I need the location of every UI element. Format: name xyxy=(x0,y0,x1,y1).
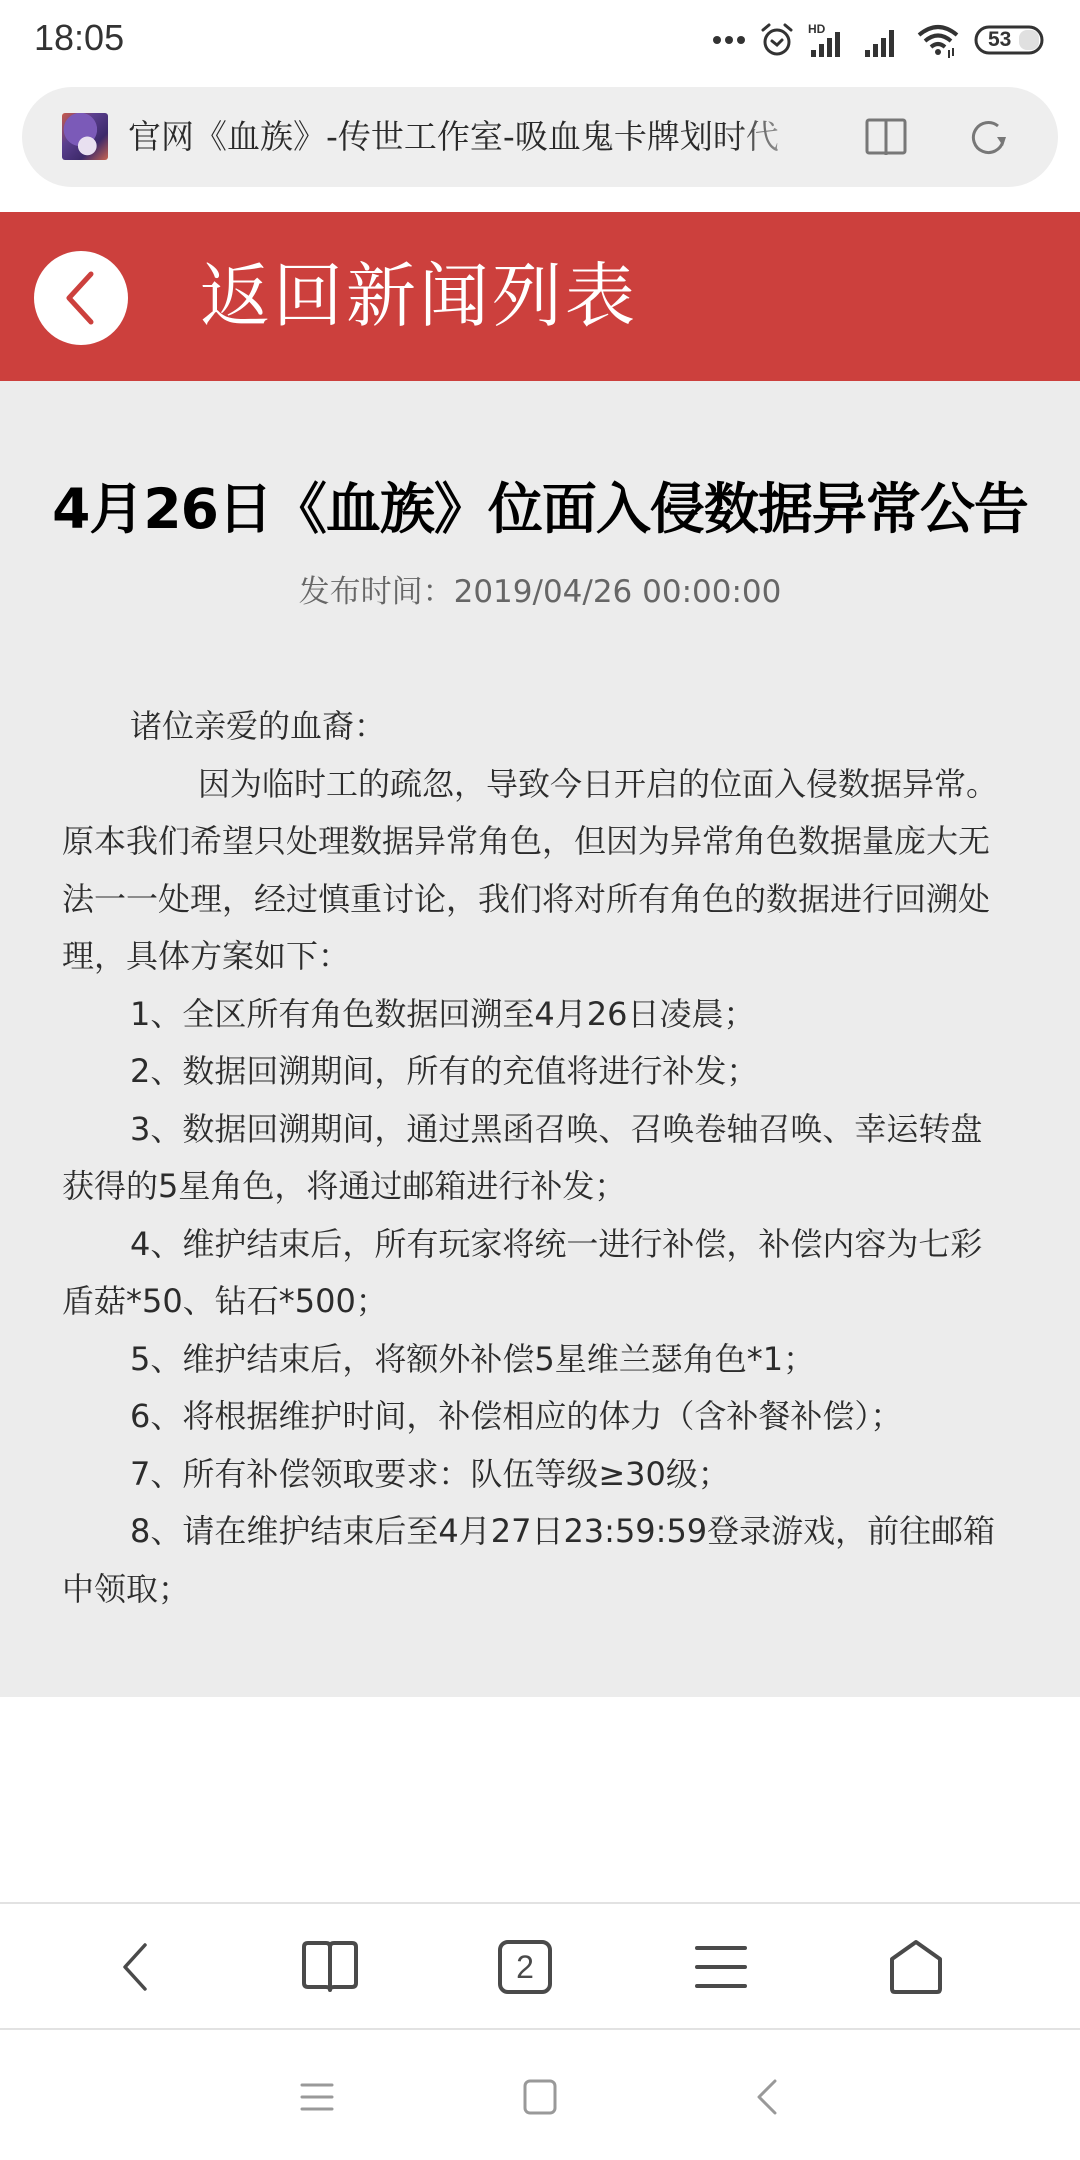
svg-text:HD: HD xyxy=(808,22,826,36)
article-item: 4、维护结束后，所有玩家将统一进行补偿，补偿内容为七彩盾菇*50、钻石*500； xyxy=(62,1216,1002,1331)
article-intro: 因为临时工的疏忽，导致今日开启的位面入侵数据异常。原本我们希望只处理数据异常角色… xyxy=(62,756,1002,986)
article-item: 3、数据回溯期间，通过黑函召唤、召唤卷轴召唤、幸运转盘获得的5星角色，将通过邮箱… xyxy=(62,1101,1002,1216)
article-title: 4月26日《血族》位面入侵数据异常公告 xyxy=(0,469,1080,549)
system-back-button[interactable] xyxy=(737,2072,797,2122)
tabs-button[interactable]: 2 xyxy=(490,1934,560,2000)
article-greeting: 诸位亲爱的血裔： xyxy=(62,698,1002,756)
refresh-icon xyxy=(970,117,1010,157)
browser-back-button[interactable] xyxy=(100,1934,170,2000)
article-item: 5、维护结束后，将额外补偿5星维兰瑟角色*1； xyxy=(62,1331,1002,1389)
news-header-bar: 返回新闻列表 xyxy=(0,212,1080,381)
recent-apps-icon xyxy=(300,2082,334,2112)
reader-mode-button[interactable] xyxy=(860,111,912,163)
reader-mode-icon xyxy=(865,118,907,156)
article-item: 6、将根据维护时间，补偿相应的体力（含补餐补偿）； xyxy=(62,1388,1002,1446)
menu-button[interactable] xyxy=(686,1934,756,2000)
system-navigation-bar xyxy=(0,2032,1080,2160)
system-back-icon xyxy=(755,2079,779,2115)
article-item: 1、全区所有角色数据回溯至4月26日凌晨； xyxy=(62,986,1002,1044)
page-title-in-address-bar[interactable]: 官网《血族》-传世工作室-吸血鬼卡牌划时代 xyxy=(128,111,818,163)
status-icons: HD 53 xyxy=(712,20,1044,60)
chevron-left-icon xyxy=(61,268,101,328)
bookmarks-button[interactable] xyxy=(295,1934,365,2000)
article: 4月26日《血族》位面入侵数据异常公告 发布时间：2019/04/26 00:0… xyxy=(0,381,1080,1697)
article-item: 7、所有补偿领取要求：队伍等级≥30级； xyxy=(62,1446,1002,1504)
tab-count: 2 xyxy=(498,1940,552,1994)
back-to-news-list-label[interactable]: 返回新闻列表 xyxy=(200,252,638,340)
back-arrow-icon xyxy=(120,1942,150,1992)
home-icon xyxy=(889,1939,943,1995)
hd-signal-icon: HD xyxy=(808,22,848,58)
article-publish-date: 发布时间：2019/04/26 00:00:00 xyxy=(0,567,1080,617)
refresh-button[interactable] xyxy=(964,111,1016,163)
status-bar: 18:05 HD 53 xyxy=(0,0,1080,80)
article-item: 2、数据回溯期间，所有的充值将进行补发； xyxy=(62,1043,1002,1101)
square-home-icon xyxy=(523,2079,557,2115)
tabs-icon: 2 xyxy=(498,1940,552,1994)
more-notifications-icon xyxy=(712,35,746,45)
status-time: 18:05 xyxy=(34,17,124,59)
bookmarks-book-icon xyxy=(301,1941,359,1993)
battery-level: 53 xyxy=(988,28,1011,52)
battery-icon: 53 xyxy=(974,25,1044,55)
address-bar[interactable]: 官网《血族》-传世工作室-吸血鬼卡牌划时代 xyxy=(22,87,1058,187)
site-favicon xyxy=(62,113,108,160)
article-body: 诸位亲爱的血裔： 因为临时工的疏忽，导致今日开启的位面入侵数据异常。原本我们希望… xyxy=(62,698,1002,1618)
alarm-icon xyxy=(760,22,794,58)
hamburger-menu-icon xyxy=(695,1945,747,1989)
signal-icon xyxy=(862,22,902,58)
recent-apps-button[interactable] xyxy=(287,2072,347,2122)
system-home-button[interactable] xyxy=(510,2072,570,2122)
wifi-icon xyxy=(916,22,960,58)
home-button[interactable] xyxy=(881,1934,951,2000)
back-to-news-list-button[interactable] xyxy=(34,251,128,345)
article-item: 8、请在维护结束后至4月27日23:59:59登录游戏，前往邮箱中领取； xyxy=(62,1503,1002,1618)
browser-toolbar: 2 xyxy=(0,1902,1080,2030)
